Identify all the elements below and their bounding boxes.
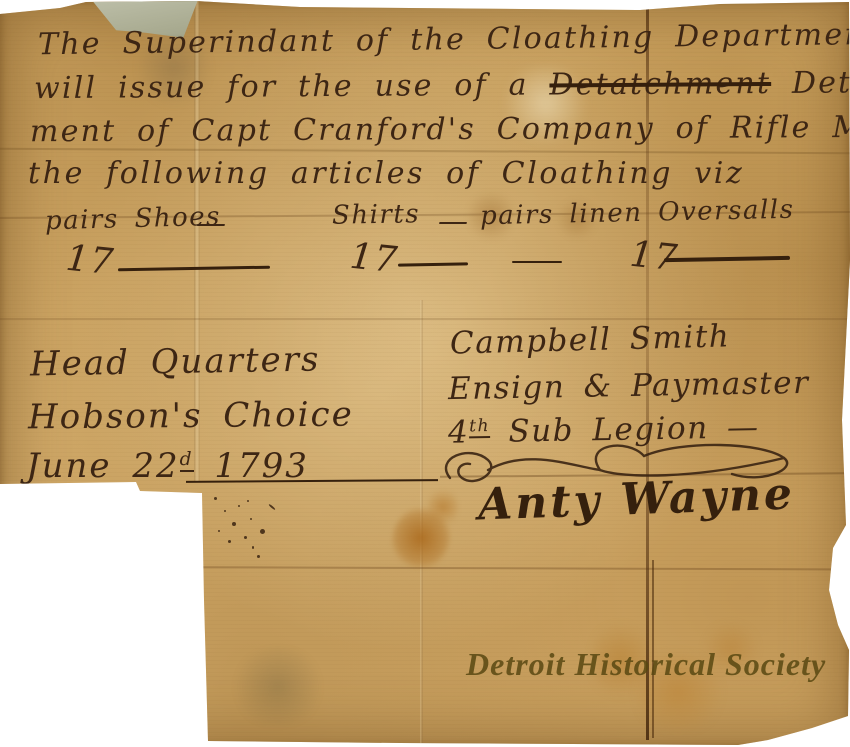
date-underline bbox=[186, 479, 438, 483]
speckle-smudge bbox=[228, 648, 328, 726]
horizontal-crease-3 bbox=[0, 318, 850, 320]
vertical-fold-crease-double bbox=[652, 560, 654, 738]
headquarters-line: Head Quarters bbox=[30, 339, 321, 384]
ink-dash-stroke-2 bbox=[398, 262, 468, 266]
ink-dash-stroke-1 bbox=[118, 266, 270, 272]
repair-patch bbox=[82, 0, 204, 42]
horizontal-crease-5 bbox=[0, 566, 850, 571]
horizontal-crease-2 bbox=[0, 211, 850, 219]
stain-bottom-3 bbox=[700, 624, 762, 672]
doc-line-2-post: Detach- bbox=[771, 65, 850, 101]
qty-shirts: 17 bbox=[348, 236, 400, 282]
document-scan: The Superindant of the Cloathing Departm… bbox=[0, 0, 850, 747]
stain-mid-1 bbox=[468, 188, 514, 244]
vertical-crease-middle bbox=[420, 300, 423, 743]
stain-bottom-2 bbox=[628, 652, 728, 732]
stain-bottom-1 bbox=[592, 615, 650, 705]
signature-flourish bbox=[432, 440, 832, 520]
doc-line-2: will issue for the use of a Detatchment … bbox=[34, 65, 850, 106]
signer-title: Ensign & Paymaster bbox=[448, 365, 810, 407]
doc-line-3: ment of Capt Cranford's Company of Rifle… bbox=[30, 110, 850, 150]
item-label-overalls: pairs linen Oversalls bbox=[480, 195, 795, 232]
place-line: Hobson's Choice bbox=[28, 395, 354, 438]
unit-superscript: th bbox=[469, 416, 490, 438]
stain-top bbox=[138, 26, 210, 110]
item-dash-2: — bbox=[438, 204, 470, 239]
signer-name: Campbell Smith bbox=[450, 318, 731, 361]
qty-shoes: 17 bbox=[64, 238, 116, 284]
stain-mid-2 bbox=[556, 198, 598, 240]
item-label-shirts: Shirts bbox=[332, 199, 421, 231]
pale-blotch bbox=[498, 66, 593, 141]
struck-out-word: Detatchment bbox=[549, 66, 771, 103]
item-label-shoes: pairs Shoes bbox=[45, 202, 222, 237]
horizontal-crease-1 bbox=[0, 148, 850, 154]
date-main: June 22 bbox=[26, 446, 180, 486]
ink-dash-stroke-3 bbox=[512, 261, 562, 263]
ink-dash-stroke-4 bbox=[664, 256, 790, 262]
item-dash-1: — bbox=[196, 206, 228, 241]
doc-line-2-pre: will issue for the use of a bbox=[34, 68, 550, 107]
vertical-fold-crease bbox=[646, 0, 649, 740]
paper-sheet: The Superindant of the Cloathing Departm… bbox=[0, 0, 850, 747]
vertical-crease-left bbox=[194, 0, 200, 482]
date-superscript: d bbox=[180, 449, 194, 472]
qty-overalls: 17 bbox=[628, 234, 680, 280]
doc-line-4: the following articles of Cloathing viz bbox=[28, 156, 744, 191]
watermark: Detroit Historical Society bbox=[466, 646, 826, 683]
